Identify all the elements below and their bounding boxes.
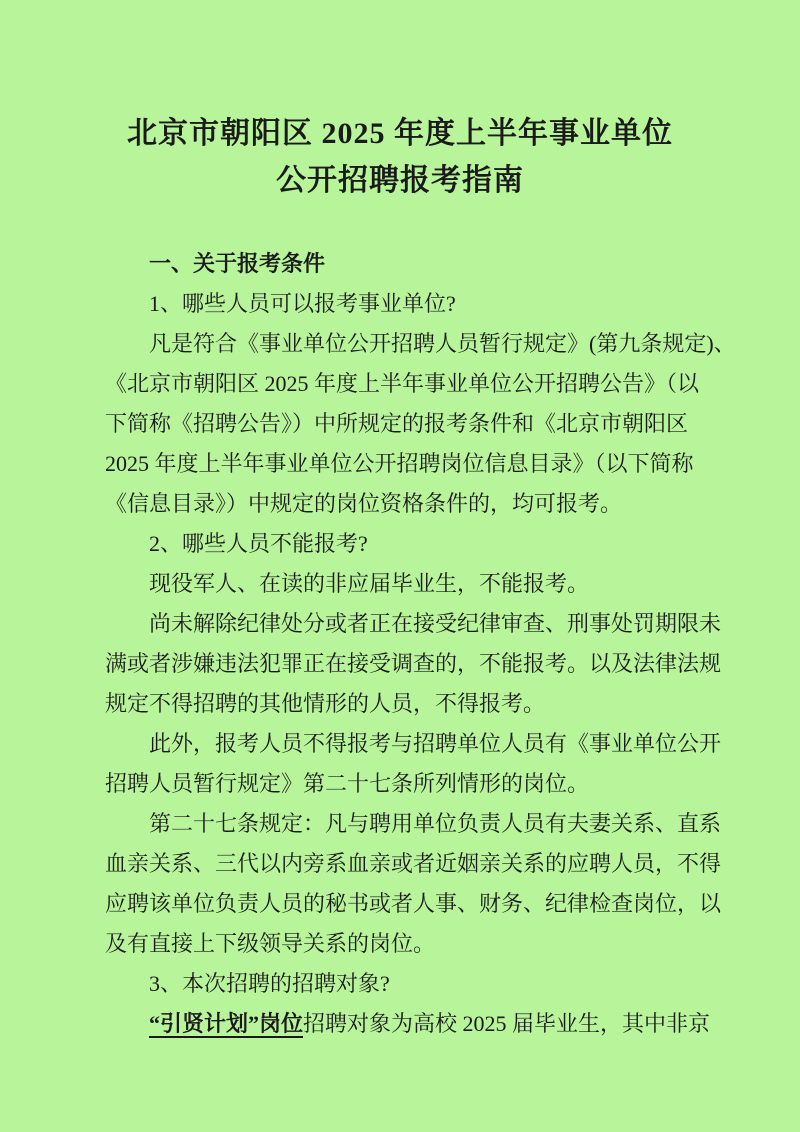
text-segment: 2、哪些人员不能报考? bbox=[149, 531, 368, 556]
paragraph-line: 此外，报考人员不得报考与招聘单位人员有《事业单位公开 bbox=[105, 724, 708, 764]
paragraph-line: 2、哪些人员不能报考? bbox=[105, 524, 708, 564]
paragraph-line: 1、哪些人员可以报考事业单位? bbox=[105, 284, 708, 324]
paragraph-line: 规定不得招聘的其他情形的人员，不得报考。 bbox=[105, 684, 708, 724]
text-segment: 应聘该单位负责人员的秘书或者人事、财务、纪律检查岗位，以 bbox=[105, 891, 721, 916]
paragraph-line: 下简称《招聘公告》）中所规定的报考条件和《北京市朝阳区 bbox=[105, 404, 708, 444]
text-segment: 此外，报考人员不得报考与招聘单位人员有《事业单位公开 bbox=[149, 731, 721, 756]
text-segment: 满或者涉嫌违法犯罪正在接受调查的，不能报考。以及法律法规 bbox=[105, 651, 721, 676]
text-segment: “引贤计划”岗位 bbox=[149, 1011, 303, 1036]
text-segment: 尚未解除纪律处分或者正在接受纪律审查、刑事处罚期限未 bbox=[149, 611, 721, 636]
document-title: 北京市朝阳区 2025 年度上半年事业单位 公开招聘报考指南 bbox=[0, 0, 800, 204]
paragraph-line: 招聘人员暂行规定》第二十七条所列情形的岗位。 bbox=[105, 764, 708, 804]
text-segment: 一、关于报考条件 bbox=[149, 251, 325, 276]
text-segment: 第二十七条规定：凡与聘用单位负责人员有夫妻关系、直系 bbox=[149, 811, 721, 836]
text-segment: 血亲关系、三代以内旁系血亲或者近姻亲关系的应聘人员，不得 bbox=[105, 851, 721, 876]
paragraph-line: 2025 年度上半年事业单位公开招聘岗位信息目录》（以下简称 bbox=[105, 444, 708, 484]
text-segment: 及有直接上下级领导关系的岗位。 bbox=[105, 931, 435, 956]
paragraph-line: “引贤计划”岗位招聘对象为高校 2025 届毕业生，其中非京 bbox=[105, 1004, 708, 1044]
paragraph-line: 现役军人、在读的非应届毕业生，不能报考。 bbox=[105, 564, 708, 604]
document-title-line-1: 北京市朝阳区 2025 年度上半年事业单位 bbox=[0, 110, 800, 157]
paragraph-line: 《信息目录》）中规定的岗位资格条件的，均可报考。 bbox=[105, 484, 708, 524]
paragraph-line: 一、关于报考条件 bbox=[105, 244, 708, 284]
paragraph-line: 尚未解除纪律处分或者正在接受纪律审查、刑事处罚期限未 bbox=[105, 604, 708, 644]
paragraph-line: 第二十七条规定：凡与聘用单位负责人员有夫妻关系、直系 bbox=[105, 804, 708, 844]
paragraph-line: 及有直接上下级领导关系的岗位。 bbox=[105, 924, 708, 964]
document-page: 北京市朝阳区 2025 年度上半年事业单位 公开招聘报考指南 一、关于报考条件1… bbox=[0, 0, 800, 1132]
text-segment: 招聘人员暂行规定》第二十七条所列情形的岗位。 bbox=[105, 771, 589, 796]
paragraph-line: 血亲关系、三代以内旁系血亲或者近姻亲关系的应聘人员，不得 bbox=[105, 844, 708, 884]
text-segment: 3、本次招聘的招聘对象? bbox=[149, 971, 390, 996]
paragraph-line: 应聘该单位负责人员的秘书或者人事、财务、纪律检查岗位，以 bbox=[105, 884, 708, 924]
paragraph-line: 《北京市朝阳区 2025 年度上半年事业单位公开招聘公告》（以 bbox=[105, 364, 708, 404]
paragraph-line: 3、本次招聘的招聘对象? bbox=[105, 964, 708, 1004]
paragraph-line: 满或者涉嫌违法犯罪正在接受调查的，不能报考。以及法律法规 bbox=[105, 644, 708, 684]
text-segment: 下简称《招聘公告》）中所规定的报考条件和《北京市朝阳区 bbox=[105, 411, 688, 436]
document-title-line-2: 公开招聘报考指南 bbox=[0, 157, 800, 204]
text-segment: 凡是符合《事业单位公开招聘人员暂行规定》(第九条规定)、 bbox=[149, 331, 736, 356]
text-segment: 2025 年度上半年事业单位公开招聘岗位信息目录》（以下简称 bbox=[105, 451, 694, 476]
text-segment: 《信息目录》）中规定的岗位资格条件的，均可报考。 bbox=[105, 491, 622, 516]
text-segment: 招聘对象为高校 2025 届毕业生，其中非京 bbox=[303, 1011, 710, 1036]
paragraph-line: 凡是符合《事业单位公开招聘人员暂行规定》(第九条规定)、 bbox=[105, 324, 708, 364]
text-segment: 现役军人、在读的非应届毕业生，不能报考。 bbox=[149, 571, 589, 596]
document-body: 一、关于报考条件1、哪些人员可以报考事业单位?凡是符合《事业单位公开招聘人员暂行… bbox=[0, 244, 800, 1044]
text-segment: 《北京市朝阳区 2025 年度上半年事业单位公开招聘公告》（以 bbox=[105, 371, 699, 396]
text-segment: 1、哪些人员可以报考事业单位? bbox=[149, 291, 456, 316]
text-segment: 规定不得招聘的其他情形的人员，不得报考。 bbox=[105, 691, 545, 716]
